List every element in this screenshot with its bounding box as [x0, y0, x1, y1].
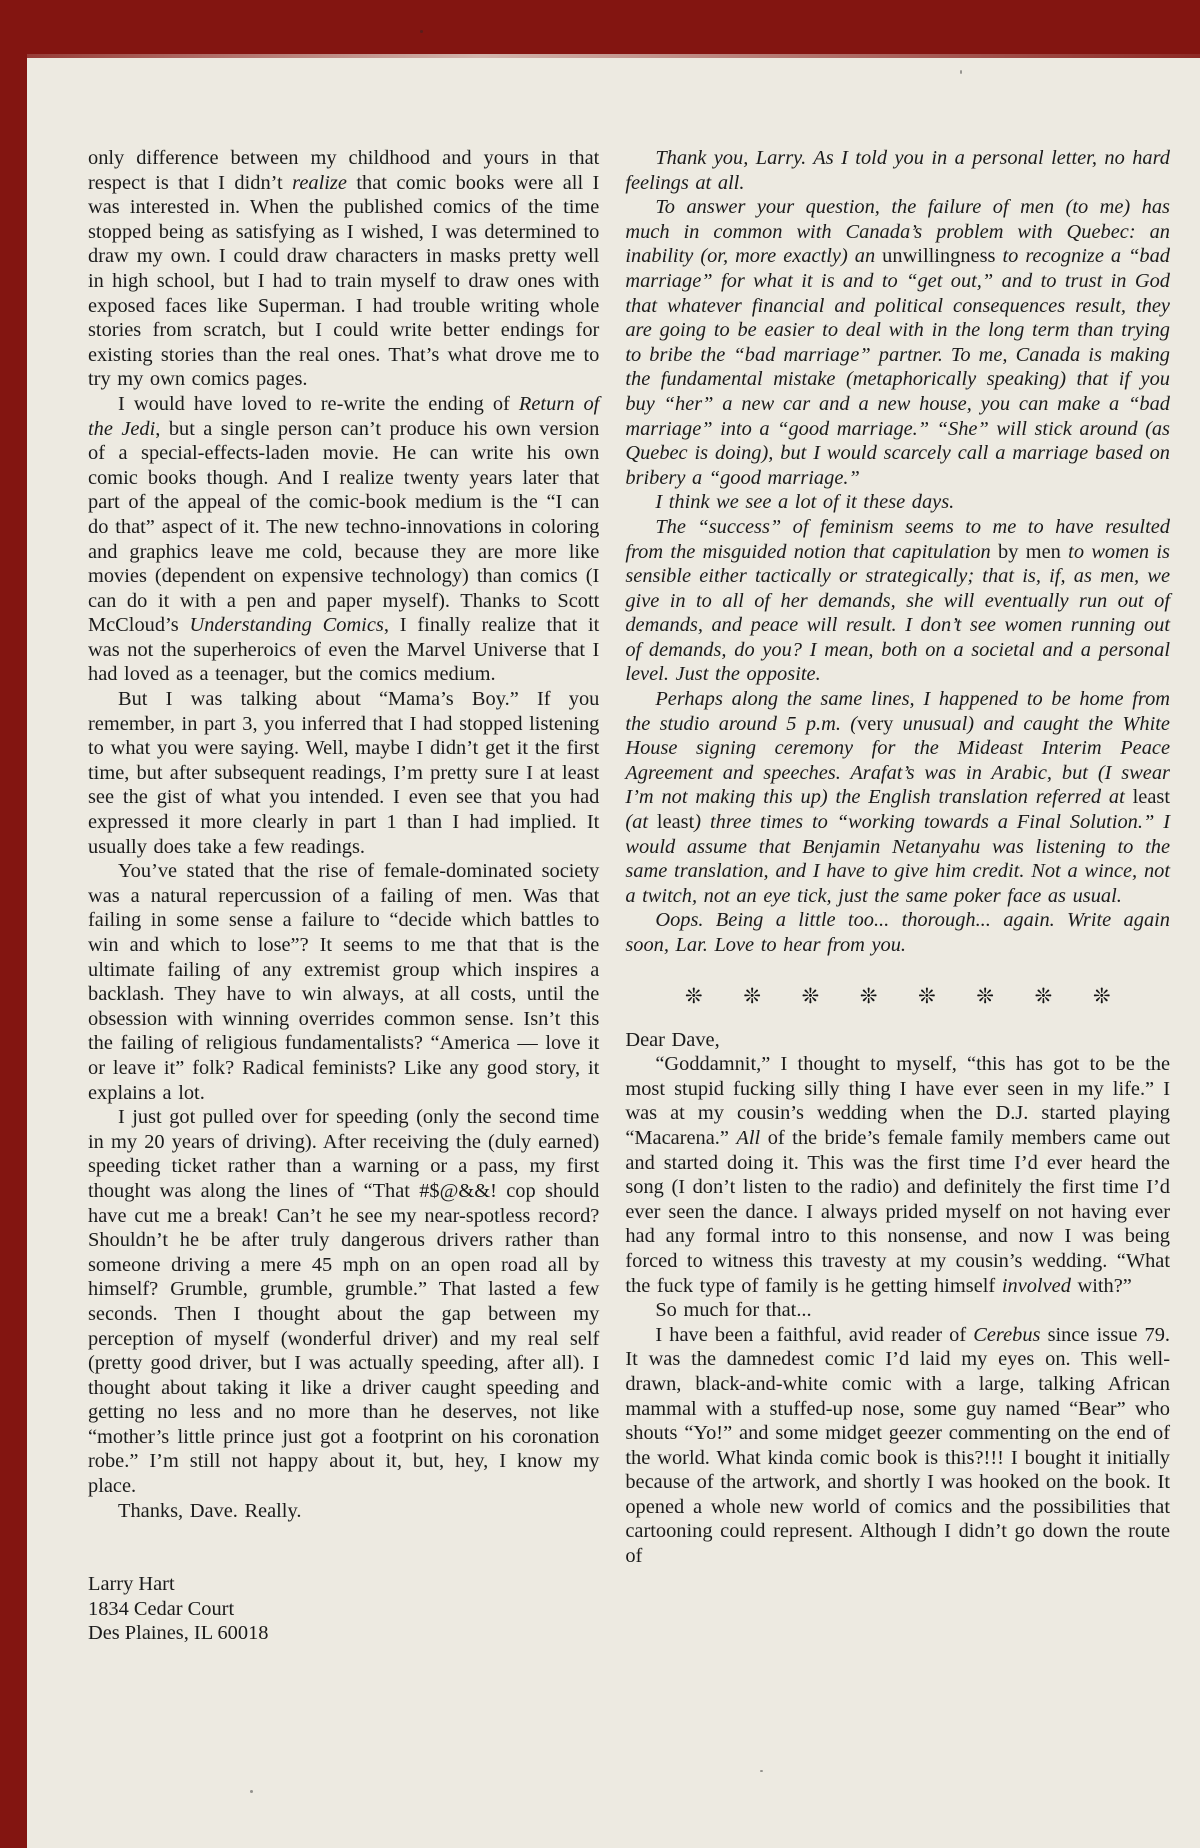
letter-paragraph-1: only difference between my childhood and… [88, 146, 599, 392]
sender-address-block: Larry Hart1834 Cedar CourtDes Plaines, I… [88, 1572, 599, 1646]
roman-text-run: with?” [1071, 1275, 1132, 1297]
page-edge-left-band [0, 0, 27, 1848]
right-text-column: Thank you, Larry. As I told you in a per… [625, 146, 1170, 1646]
scan-speck [250, 1790, 253, 1793]
address-line: Des Plaines, IL 60018 [88, 1621, 599, 1646]
second-letter-paragraph-1: “Goddamnit,” I thought to myself, “this … [625, 1052, 1170, 1298]
roman-text-run: very [857, 713, 893, 735]
italic-text-run: ) three times to “working towards a Fina… [625, 811, 1170, 907]
scan-speck [420, 30, 423, 33]
italic-text-run: Understanding Comics [189, 614, 383, 636]
roman-text-run: But I was talking about “Mama’s Boy.” If… [88, 688, 599, 858]
scan-speck [960, 70, 962, 74]
scan-speck [760, 1770, 763, 1772]
scanned-letters-page: only difference between my childhood and… [0, 0, 1200, 1848]
roman-text-run: that comic books were all I was interest… [88, 172, 599, 391]
italic-text-run: Oops. Being a little too... thorough... … [625, 909, 1170, 956]
letter-paragraph-3: But I was talking about “Mama’s Boy.” If… [88, 687, 599, 859]
roman-text-run: by men [998, 541, 1061, 563]
italic-text-run: All [736, 1127, 760, 1149]
letters-content: only difference between my childhood and… [88, 146, 1170, 1646]
roman-text-run: Dear Dave, [625, 1029, 719, 1051]
letter-paragraph-2: I would have loved to re-write the endin… [88, 392, 599, 687]
reply-paragraph-6: Oops. Being a little too... thorough... … [625, 908, 1170, 957]
reply-paragraph-5: Perhaps along the same lines, I happened… [625, 687, 1170, 908]
roman-text-run: So much for that... [655, 1299, 811, 1321]
italic-text-run: I think we see a lot of it these days. [655, 491, 954, 513]
italic-text-run: Cerebus [973, 1324, 1040, 1346]
roman-text-run: You’ve stated that the rise of female-do… [88, 860, 599, 1103]
address-line: Larry Hart [88, 1572, 599, 1597]
italic-text-run: to recognize a “bad marriage” for what i… [625, 245, 1170, 488]
reply-paragraph-3: I think we see a lot of it these days. [625, 490, 1170, 515]
italic-text-run: realize [292, 172, 347, 194]
letter-signoff: Thanks, Dave. Really. [88, 1499, 599, 1524]
roman-text-run: , but a single person can’t produce his … [88, 418, 599, 637]
page-edge-top-band [0, 0, 1200, 54]
reply-paragraph-4: The “success” of feminism seems to me to… [625, 515, 1170, 687]
roman-text-run: Thanks, Dave. Really. [118, 1500, 301, 1522]
roman-text-run: of the bride’s female family members cam… [625, 1127, 1170, 1297]
roman-text-run: since issue 79. It was the damnedest com… [625, 1324, 1170, 1567]
left-text-column: only difference between my childhood and… [88, 146, 599, 1646]
letter-paragraph-4: You’ve stated that the rise of female-do… [88, 859, 599, 1105]
reply-paragraph-1: Thank you, Larry. As I told you in a per… [625, 146, 1170, 195]
section-divider-ornament: ❊ ❊ ❊ ❊ ❊ ❊ ❊ ❊ [625, 984, 1170, 1008]
reply-paragraph-2: To answer your question, the failure of … [625, 195, 1170, 490]
address-line: 1834 Cedar Court [88, 1597, 599, 1622]
italic-text-run: (at [625, 811, 657, 833]
roman-text-run: I would have loved to re-write the endin… [118, 393, 519, 415]
second-letter-paragraph-2: So much for that... [625, 1298, 1170, 1323]
italic-text-run: involved [1002, 1275, 1071, 1297]
roman-text-run: I have been a faithful, avid reader of [655, 1324, 973, 1346]
letter-paragraph-5: I just got pulled over for speeding (onl… [88, 1105, 599, 1499]
second-letter-salutation: Dear Dave, [625, 1028, 1170, 1053]
roman-text-run: unwillingness [882, 245, 995, 267]
second-letter-paragraph-3: I have been a faithful, avid reader of C… [625, 1323, 1170, 1569]
roman-text-run: I just got pulled over for speeding (onl… [88, 1106, 599, 1497]
roman-text-run: least [1133, 786, 1170, 808]
italic-text-run: Thank you, Larry. As I told you in a per… [625, 147, 1170, 194]
roman-text-run: least [657, 811, 694, 833]
